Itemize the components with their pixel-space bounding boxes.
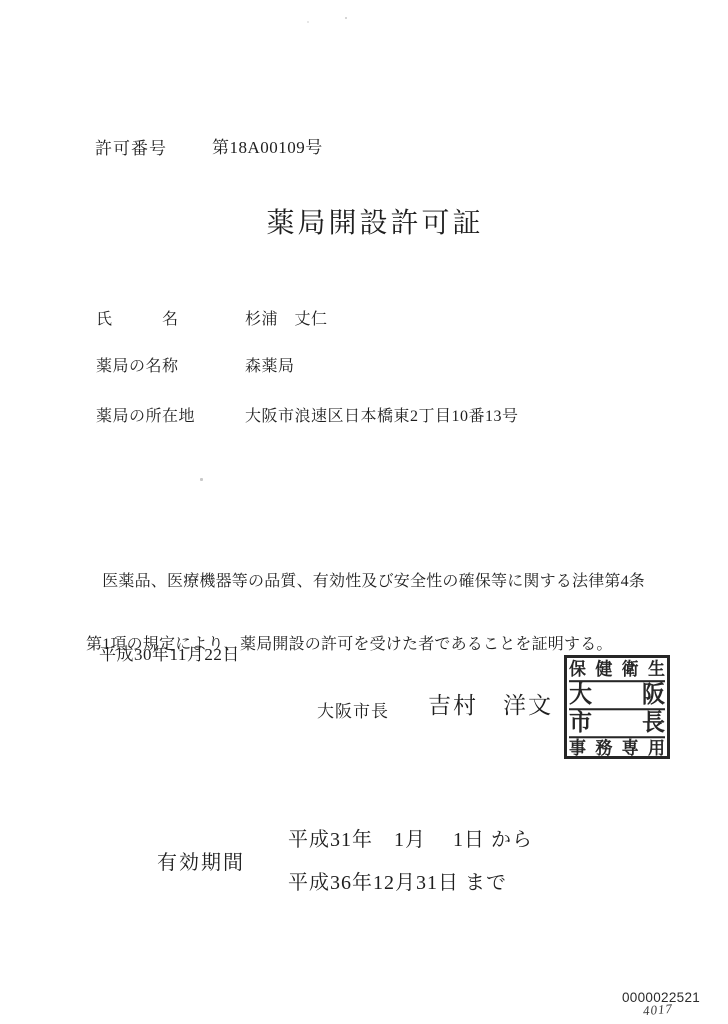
document-title: 薬局開設許可証	[0, 206, 728, 241]
scan-speck	[307, 21, 309, 23]
pharmacy-address-label: 薬局の所在地	[96, 407, 195, 427]
scanned-permit-page: 許可番号 第18A00109号 薬局開設許可証 氏 名 杉浦 丈仁 薬局の名称 …	[0, 0, 728, 1024]
seal-text-row2: 大阪	[569, 682, 665, 711]
permit-number-label: 許可番号	[95, 138, 167, 159]
validity-from-date: 平成31年 1月 1日 から	[288, 828, 533, 853]
validity-to-date: 平成36年12月31日 まで	[288, 871, 507, 896]
validity-period-label: 有効期間	[157, 851, 245, 876]
scan-speck	[345, 17, 347, 19]
holder-name-value: 杉浦 丈仁	[245, 310, 328, 330]
issue-date: 平成30年11月22日	[99, 644, 240, 665]
official-seal-stamp: 保健衛生 大阪 市長 事務専用	[564, 655, 670, 759]
seal-text-row3: 市長	[569, 710, 665, 739]
seal-text-row1: 保健衛生	[569, 659, 665, 682]
seal-text-row4: 事務専用	[569, 738, 665, 759]
pharmacy-name-label: 薬局の名称	[96, 357, 179, 377]
handwritten-number: 4017	[642, 1001, 673, 1020]
certification-statement-line1: 医薬品、医療機器等の品質、有効性及び安全性の確保等に関する法律第4条	[86, 571, 661, 592]
issuer-title: 大阪市長	[317, 701, 389, 722]
pharmacy-address-value: 大阪市浪速区日本橋東2丁目10番13号	[245, 407, 519, 427]
pharmacy-name-value: 森薬局	[245, 357, 295, 377]
holder-name-label: 氏 名	[96, 310, 179, 330]
scan-speck	[200, 478, 203, 481]
issuer-name: 吉村 洋文	[428, 692, 553, 721]
permit-number-value: 第18A00109号	[212, 137, 323, 158]
